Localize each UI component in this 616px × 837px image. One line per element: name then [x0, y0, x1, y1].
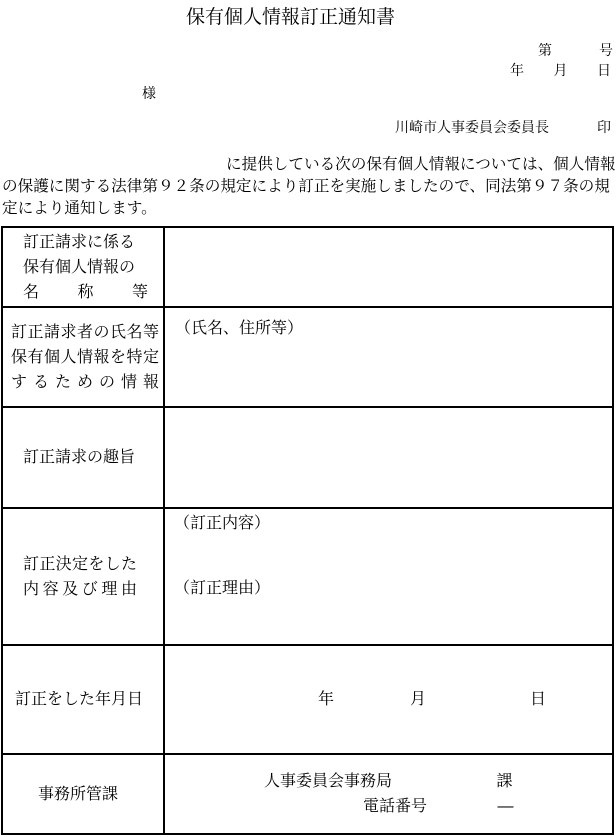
table-row-target-info: 訂正請求に係る 保有個人情報の 名称等 — [3, 228, 612, 306]
body-line: に提供している次の保有個人情報については、個人情報 — [2, 154, 614, 176]
requester-hint: （氏名、住所等） — [165, 308, 612, 341]
decision-value-cell: （訂正内容） （訂正理由） — [165, 509, 612, 644]
office-value-cell: 人事委員会事務局 課 電話番号 ― — [165, 755, 612, 833]
phone-line: 電話番号 ― — [165, 794, 612, 819]
table-row-purpose: 訂正請求の趣旨 — [3, 406, 612, 507]
correction-reason-hint: （訂正理由） — [174, 576, 612, 601]
phone-label: 電話番号 — [363, 798, 427, 815]
table-row-decision: 訂正決定をした 内容及び理由 （訂正内容） （訂正理由） — [3, 507, 612, 644]
correction-day-label: 日 — [530, 687, 546, 712]
issue-date-field: 年 月 日 — [510, 60, 611, 80]
table-row-correction-date: 訂正をした年月日 年 月 日 — [3, 644, 612, 753]
phone-separator: ― — [497, 798, 513, 815]
row-label-cell: 訂正請求の趣旨 — [3, 408, 165, 507]
addressee-honorific: 様 — [142, 83, 156, 103]
seal-placeholder: 印 — [597, 117, 611, 137]
target-info-value-cell — [165, 228, 612, 306]
requester-value-cell: （氏名、住所等） — [165, 308, 612, 406]
body-line: 定により通知します。 — [2, 198, 614, 220]
correction-year-label: 年 — [318, 687, 334, 712]
issuer-signature: 川崎市人事委員会委員長 印 — [395, 117, 611, 137]
correction-date-value-cell: 年 月 日 — [165, 646, 612, 753]
row-label-line: 内容及び理由 — [23, 577, 137, 602]
date-day-label: 日 — [597, 60, 611, 80]
office-name: 人事委員会事務局 — [264, 773, 392, 790]
document-page: 保有個人情報訂正通知書 第 号 年 月 日 様 川崎市人事委員会委員長 印 に提… — [0, 0, 616, 837]
doc-number-field: 第 号 — [538, 40, 613, 60]
row-label-cell: 訂正決定をした 内容及び理由 — [3, 509, 165, 644]
table-row-office: 事務所管課 人事委員会事務局 課 電話番号 ― — [3, 753, 612, 833]
section-suffix: 課 — [496, 773, 512, 790]
row-label-line: 訂正をした年月日 — [15, 687, 163, 712]
row-label-line: 事務所管課 — [38, 782, 163, 807]
row-label-line: 保有個人情報を特定 — [11, 345, 159, 370]
correction-month-label: 月 — [410, 687, 426, 712]
document-title: 保有個人情報訂正通知書 — [186, 2, 395, 29]
body-paragraph: に提供している次の保有個人情報については、個人情報 の保護に関する法律第９２条の… — [2, 154, 614, 220]
row-label-line: 保有個人情報の — [23, 255, 163, 280]
doc-number-prefix: 第 — [538, 40, 552, 60]
row-label-cell: 訂正請求者の氏名等 保有個人情報を特定 するための情報 — [3, 308, 165, 406]
office-name-line: 人事委員会事務局 課 — [165, 769, 612, 794]
row-label-line: するための情報 — [11, 370, 159, 395]
row-label-cell: 事務所管課 — [3, 755, 165, 833]
row-label-cell: 訂正請求に係る 保有個人情報の 名称等 — [3, 228, 165, 306]
row-label-line: 訂正決定をした — [23, 552, 137, 577]
correction-content-hint: （訂正内容） — [174, 511, 612, 536]
row-label-line: 訂正請求に係る — [23, 230, 163, 255]
purpose-value-cell — [165, 408, 612, 507]
table-row-requester: 訂正請求者の氏名等 保有個人情報を特定 するための情報 （氏名、住所等） — [3, 306, 612, 406]
row-label-line: 訂正請求の趣旨 — [23, 445, 163, 470]
row-label-cell: 訂正をした年月日 — [3, 646, 165, 753]
decision-notes: （訂正内容） （訂正理由） — [165, 509, 612, 601]
date-year-label: 年 — [510, 60, 524, 80]
row-label-line: 名称等 — [23, 280, 148, 305]
date-month-label: 月 — [554, 60, 568, 80]
issuer-title: 川崎市人事委員会委員長 — [395, 117, 549, 137]
form-table: 訂正請求に係る 保有個人情報の 名称等 訂正請求者の氏名等 保有個人情報を特定 … — [1, 226, 614, 835]
body-line: の保護に関する法律第９２条の規定により訂正を実施しましたので、同法第９７条の規 — [2, 176, 614, 198]
doc-number-suffix: 号 — [599, 40, 613, 60]
row-label-line: 訂正請求者の氏名等 — [11, 320, 159, 345]
